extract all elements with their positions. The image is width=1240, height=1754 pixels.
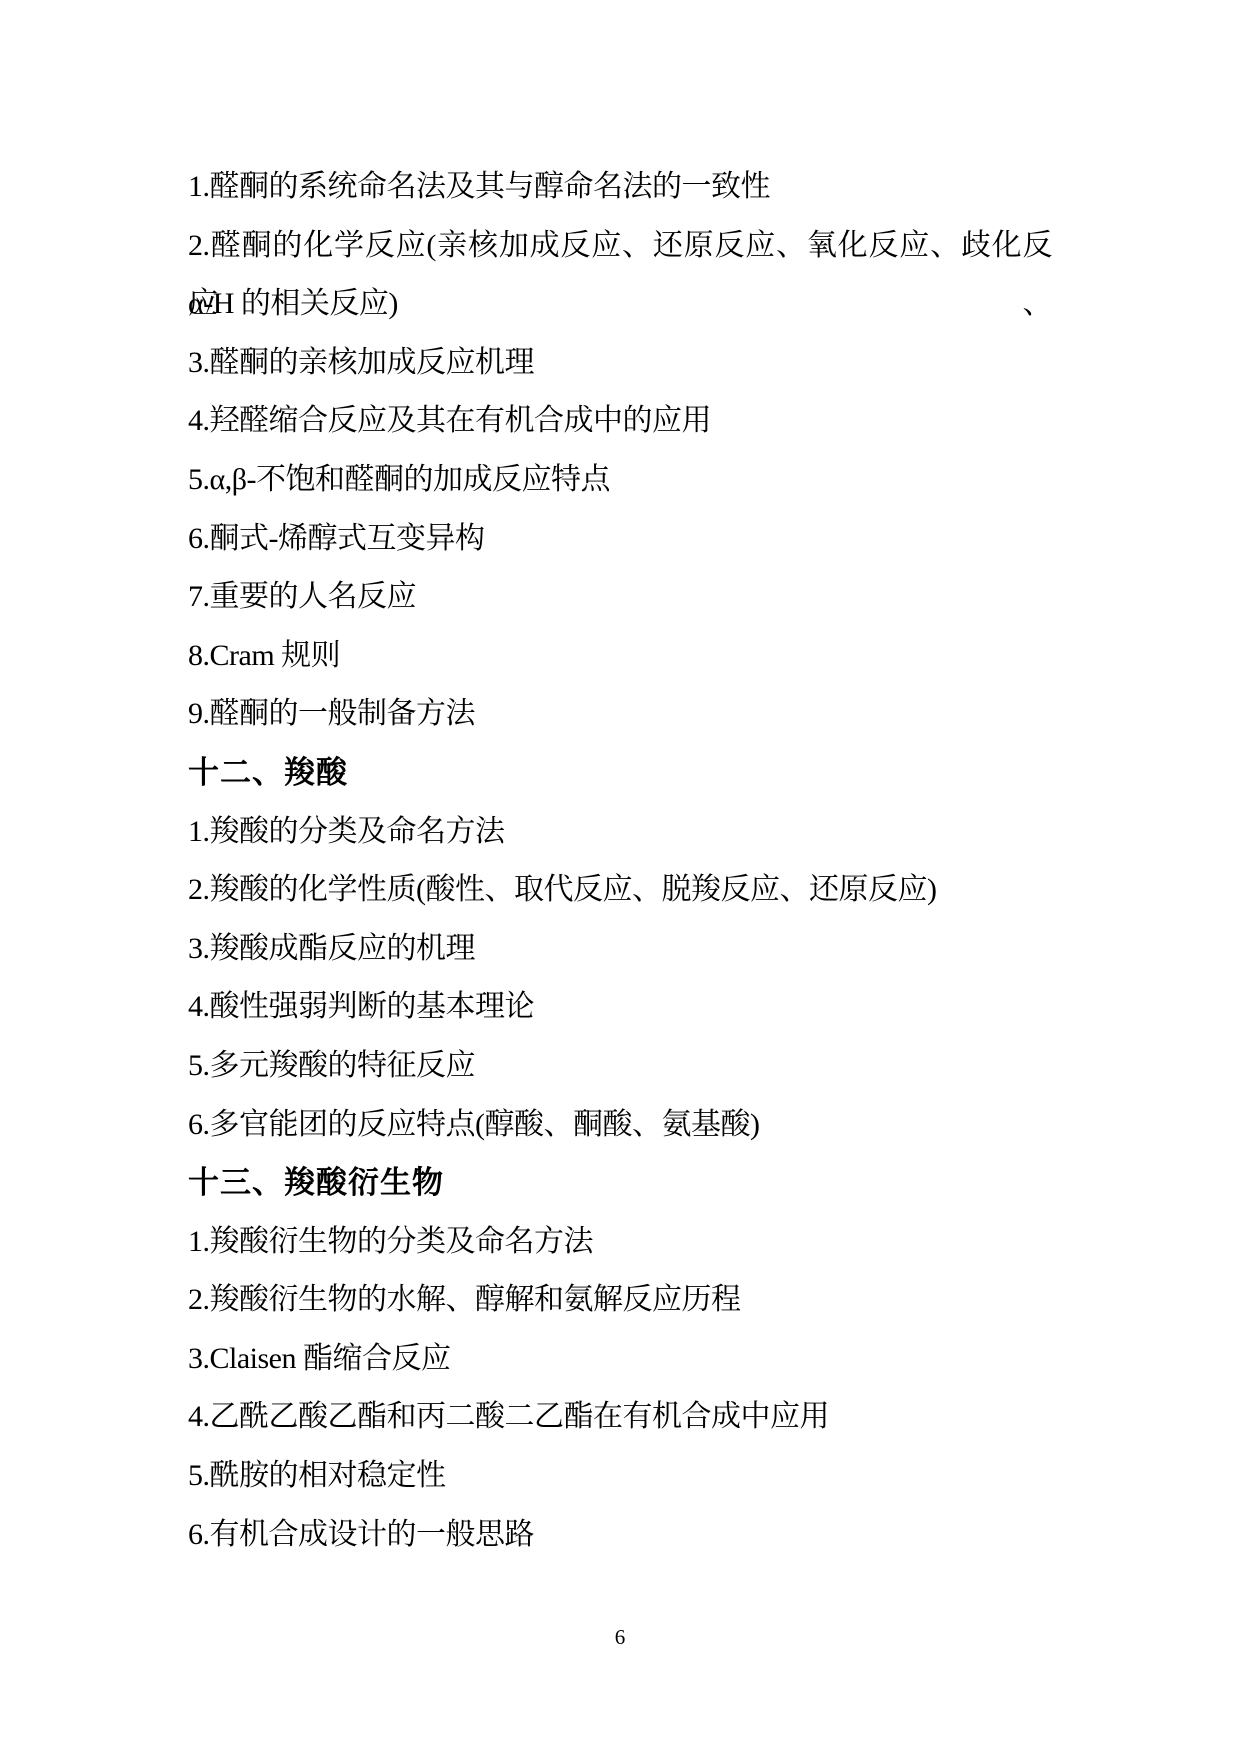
- document-lines: 1.醛酮的系统命名法及其与醇命名法的一致性2.醛酮的化学反应(亲核加成反应、还原…: [188, 158, 1052, 1564]
- text-line: 8.Cram 规则: [188, 627, 1052, 686]
- text-line: 6.有机合成设计的一般思路: [188, 1506, 1052, 1565]
- text-line: 5.α,β-不饱和醛酮的加成反应特点: [188, 451, 1052, 510]
- text-line: 1.羧酸的分类及命名方法: [188, 803, 1052, 862]
- text-line: 4.酸性强弱判断的基本理论: [188, 978, 1052, 1037]
- text-line: 3.Claisen 酯缩合反应: [188, 1330, 1052, 1389]
- text-line: 2.羧酸的化学性质(酸性、取代反应、脱羧反应、还原反应): [188, 861, 1052, 920]
- text-line: 4.羟醛缩合反应及其在有机合成中的应用: [188, 392, 1052, 451]
- page-number: 6: [0, 1622, 1240, 1652]
- text-line: 7.重要的人名反应: [188, 568, 1052, 627]
- text-line: 6.多官能团的反应特点(醇酸、酮酸、氨基酸): [188, 1096, 1052, 1155]
- text-line: 3.醛酮的亲核加成反应机理: [188, 334, 1052, 393]
- document-page: 1.醛酮的系统命名法及其与醇命名法的一致性2.醛酮的化学反应(亲核加成反应、还原…: [0, 0, 1240, 1754]
- text-line: 5.多元羧酸的特征反应: [188, 1037, 1052, 1096]
- text-line: 1.羧酸衍生物的分类及命名方法: [188, 1213, 1052, 1272]
- text-line: 3.羧酸成酯反应的机理: [188, 920, 1052, 979]
- text-line: 6.酮式-烯醇式互变异构: [188, 510, 1052, 569]
- section-heading: 十二、羧酸: [188, 744, 1052, 803]
- text-line: 1.醛酮的系统命名法及其与醇命名法的一致性: [188, 158, 1052, 217]
- section-heading: 十三、羧酸衍生物: [188, 1154, 1052, 1213]
- text-line: 2.羧酸衍生物的水解、醇解和氨解反应历程: [188, 1271, 1052, 1330]
- text-line: 4.乙酰乙酸乙酯和丙二酸二乙酯在有机合成中应用: [188, 1388, 1052, 1447]
- text-line: 2.醛酮的化学反应(亲核加成反应、还原反应、氧化反应、歧化反应、: [188, 217, 1052, 276]
- text-line: 5.酰胺的相对稳定性: [188, 1447, 1052, 1506]
- text-line: 9.醛酮的一般制备方法: [188, 685, 1052, 744]
